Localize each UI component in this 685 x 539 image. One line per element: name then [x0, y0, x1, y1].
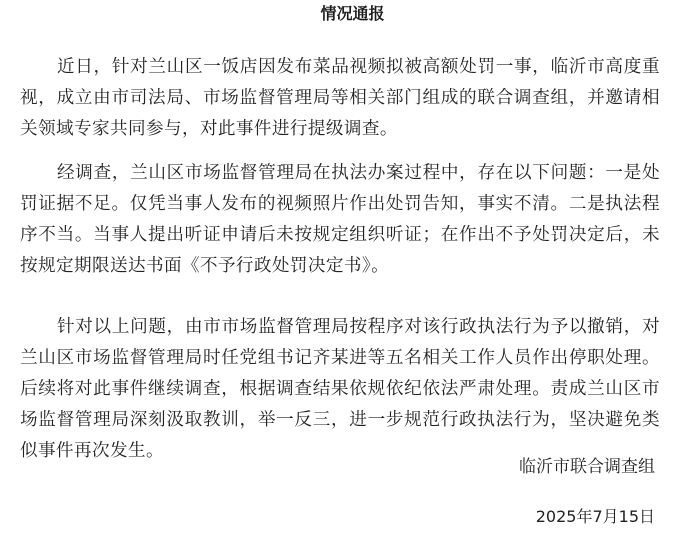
paragraph-findings: 经调查，兰山区市场监督管理局在执法办案过程中，存在以下问题：一是处罚证据不足。仅… [20, 158, 660, 282]
notice-document: 情况通报 近日，针对兰山区一饭店因发布菜品视频拟被高额处罚一事，临沂市高度重视，… [0, 0, 685, 539]
document-title: 情况通报 [0, 4, 685, 24]
signature-organization: 临沂市联合调查组 [519, 456, 655, 478]
paragraph-intro: 近日，针对兰山区一饭店因发布菜品视频拟被高额处罚一事，临沂市高度重视，成立由市司… [20, 52, 660, 145]
signature-date: 2025年7月15日 [536, 506, 655, 528]
paragraph-actions: 针对以上问题，由市市场监督管理局按程序对该行政执法行为予以撤销，对兰山区市场监督… [20, 312, 660, 467]
